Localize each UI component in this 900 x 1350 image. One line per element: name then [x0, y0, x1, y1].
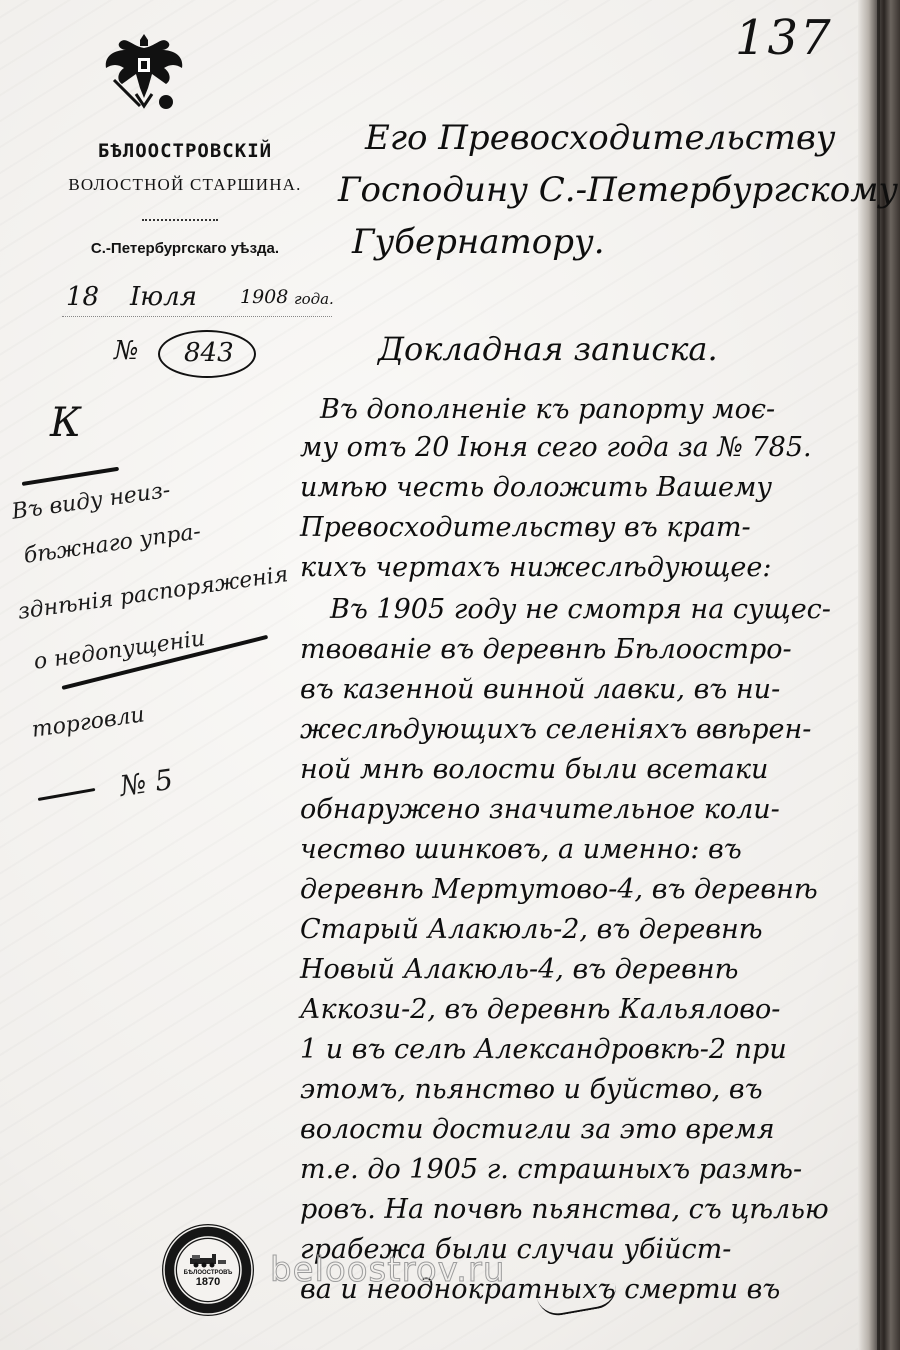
- margin-mark-underline: [22, 467, 119, 486]
- letterhead-title: ВОЛОСТНОЙ СТАРШИНА.: [40, 175, 330, 195]
- margin-mark: К: [50, 400, 81, 446]
- double-headed-eagle-icon: [96, 28, 192, 118]
- body-line: ной мнѣ волости были всетаки: [300, 754, 768, 785]
- margin-note-line: бѣжнаго упра-: [22, 519, 202, 569]
- stamp-ring-icon: [162, 1224, 254, 1316]
- body-line: Старый Алакюль-2, въ деревнѣ: [300, 914, 763, 945]
- document-page: БѢЛООСТРОВСКІЙ ВОЛОСТНОЙ СТАРШИНА. С.-Пе…: [0, 0, 900, 1350]
- body-line: Превосходительству въ крат-: [300, 512, 751, 543]
- document-heading: Докладная записка.: [378, 330, 718, 368]
- body-line: ровъ. На почвѣ пьянства, съ цѣлью: [300, 1194, 829, 1225]
- body-line: этомъ, пьянство и буйство, въ: [300, 1074, 763, 1105]
- body-line: кихъ чертахъ нижеслѣдующее:: [300, 552, 772, 583]
- margin-note-line: о недопущеніи: [32, 626, 206, 675]
- collection-stamp-logo: БѢЛООСТРОВЪ 1870: [162, 1224, 254, 1316]
- date-day: 18: [66, 282, 99, 312]
- body-line: 1 и въ селѣ Александровкѣ-2 при: [300, 1034, 787, 1065]
- date-month: Іюля: [130, 282, 197, 312]
- margin-note-line: Въ виду неиз-: [10, 478, 172, 525]
- body-line: Новый Алакюль-4, въ деревнѣ: [300, 954, 738, 985]
- site-watermark: beloostrov.ru: [270, 1250, 505, 1290]
- body-line: волости достигли за это время: [300, 1114, 775, 1145]
- body-line: въ казенной винной лавки, въ ни-: [300, 674, 780, 705]
- letterhead-uezd: С.-Петербургскаго уѣзда.: [60, 240, 310, 257]
- body-line: Аккози-2, въ деревнѣ Кальялово-: [300, 994, 780, 1025]
- letterhead-divider: [142, 219, 218, 221]
- address-line-1: Его Превосходительству: [365, 118, 836, 158]
- number-sign: №: [114, 336, 139, 366]
- document-date: 18 Іюля 1908 года.: [62, 282, 332, 317]
- body-line: твованіе въ деревнѣ Бѣлоостро-: [300, 634, 792, 665]
- letterhead-name: БѢЛООСТРОВСКІЙ: [60, 140, 310, 162]
- margin-note-line: № 5: [118, 763, 175, 803]
- body-line: му отъ 20 Іюня сего года за № 785.: [300, 432, 812, 463]
- body-line: т.е. до 1905 г. страшныхъ размѣ-: [300, 1154, 802, 1185]
- date-suffix: года.: [294, 290, 334, 308]
- margin-dash: [38, 788, 96, 801]
- body-line: чество шинковъ, а именно: въ: [300, 834, 742, 865]
- margin-note-line: зднѣнія распоряженія: [16, 562, 289, 625]
- date-year: 1908: [240, 286, 288, 308]
- body-line: обнаружено значительное коли-: [300, 794, 780, 825]
- body-line: деревнѣ Мертутово-4, въ деревнѣ: [300, 874, 818, 905]
- body-line: жеслѣдующихъ селеніяхъ ввѣрен-: [300, 714, 811, 745]
- body-line: Въ 1905 году не смотря на сущес-: [330, 594, 831, 625]
- address-line-2: Господину С.-Петербургскому: [338, 170, 898, 210]
- body-line: Въ дополненіе къ рапорту моє-: [320, 394, 775, 425]
- body-line: имѣю честь доложить Вашему: [300, 472, 772, 503]
- number-value: 843: [184, 338, 234, 368]
- margin-note-line: торговли: [30, 702, 146, 743]
- address-line-3: Губернатору.: [352, 222, 605, 262]
- archive-page-number: 137: [735, 10, 833, 66]
